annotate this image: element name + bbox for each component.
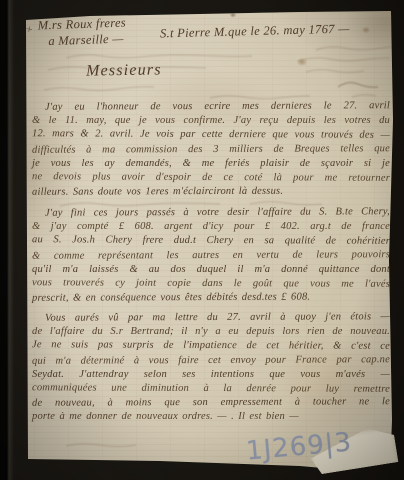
manuscript-line: Je ne suis pas surpris de l'impatience d… bbox=[32, 339, 390, 355]
manuscript-line: & comme représentant les autres en vertu… bbox=[32, 248, 390, 264]
manuscript-line: prescrit, & en conséquence vous êtes déb… bbox=[32, 290, 390, 306]
manuscript-line: de nouveau, à moins que son empressement… bbox=[32, 395, 390, 411]
manuscript-line: J'ay eu l'honneur de vous ecrire mes der… bbox=[32, 99, 390, 115]
manuscript-line: porte à me donner de nouveaux ordres. — … bbox=[32, 410, 390, 424]
manuscript-line: 12. mars & 2. avril. Je vois par cette d… bbox=[32, 128, 390, 144]
recipient-block: M.rs Roux freres a Marseille — bbox=[37, 14, 126, 49]
manuscript-line: difficultés à ma commission des 3 millie… bbox=[32, 142, 390, 158]
salutation: Messieurs bbox=[86, 61, 162, 80]
manuscript-line: qui m'a déterminé à vous faire cet envoy… bbox=[32, 353, 390, 369]
manuscript-line: & le 11. may, que je vous confirme. J'ay… bbox=[32, 114, 390, 128]
manuscript-line: qu'il m'a laissés & au dos duquel il m'a… bbox=[32, 263, 390, 277]
body-paragraph-3: Vous aurés vû par ma lettre du 27. avril… bbox=[32, 311, 390, 425]
manuscript-line: je vous les ay demandés, & me feriés pla… bbox=[32, 157, 390, 171]
manuscript-line: de l'affaire du S.r Bertrand; il n'y a e… bbox=[32, 325, 390, 339]
body-paragraph-2: J'ay fini ces jours passés à votre desir… bbox=[32, 206, 390, 305]
manuscript-line: Seydat. J'attendray selon ses intentions… bbox=[32, 368, 390, 382]
manuscript-line: au S. Jos.h Chery frere dud.t Chery en s… bbox=[32, 234, 390, 250]
photograph: + M.rs Roux freres a Marseille — S.t Pie… bbox=[0, 0, 404, 480]
recipient-line-2: a Marseille — bbox=[38, 30, 127, 49]
manuscript-line: & j'ay compté £ 608. argent d'icy pour £… bbox=[32, 220, 390, 234]
manuscript-line: ailleurs. Sans doute vos 1eres m'éclairc… bbox=[32, 184, 390, 200]
body-paragraph-1: J'ay eu l'honneur de vous ecrire mes der… bbox=[32, 100, 390, 199]
manuscript-line: J'ay fini ces jours passés à votre desir… bbox=[32, 205, 390, 221]
manuscript-paper: + M.rs Roux freres a Marseille — S.t Pie… bbox=[0, 0, 404, 480]
manuscript-line: Vous aurés vû par ma lettre du 27. avril… bbox=[32, 310, 390, 326]
